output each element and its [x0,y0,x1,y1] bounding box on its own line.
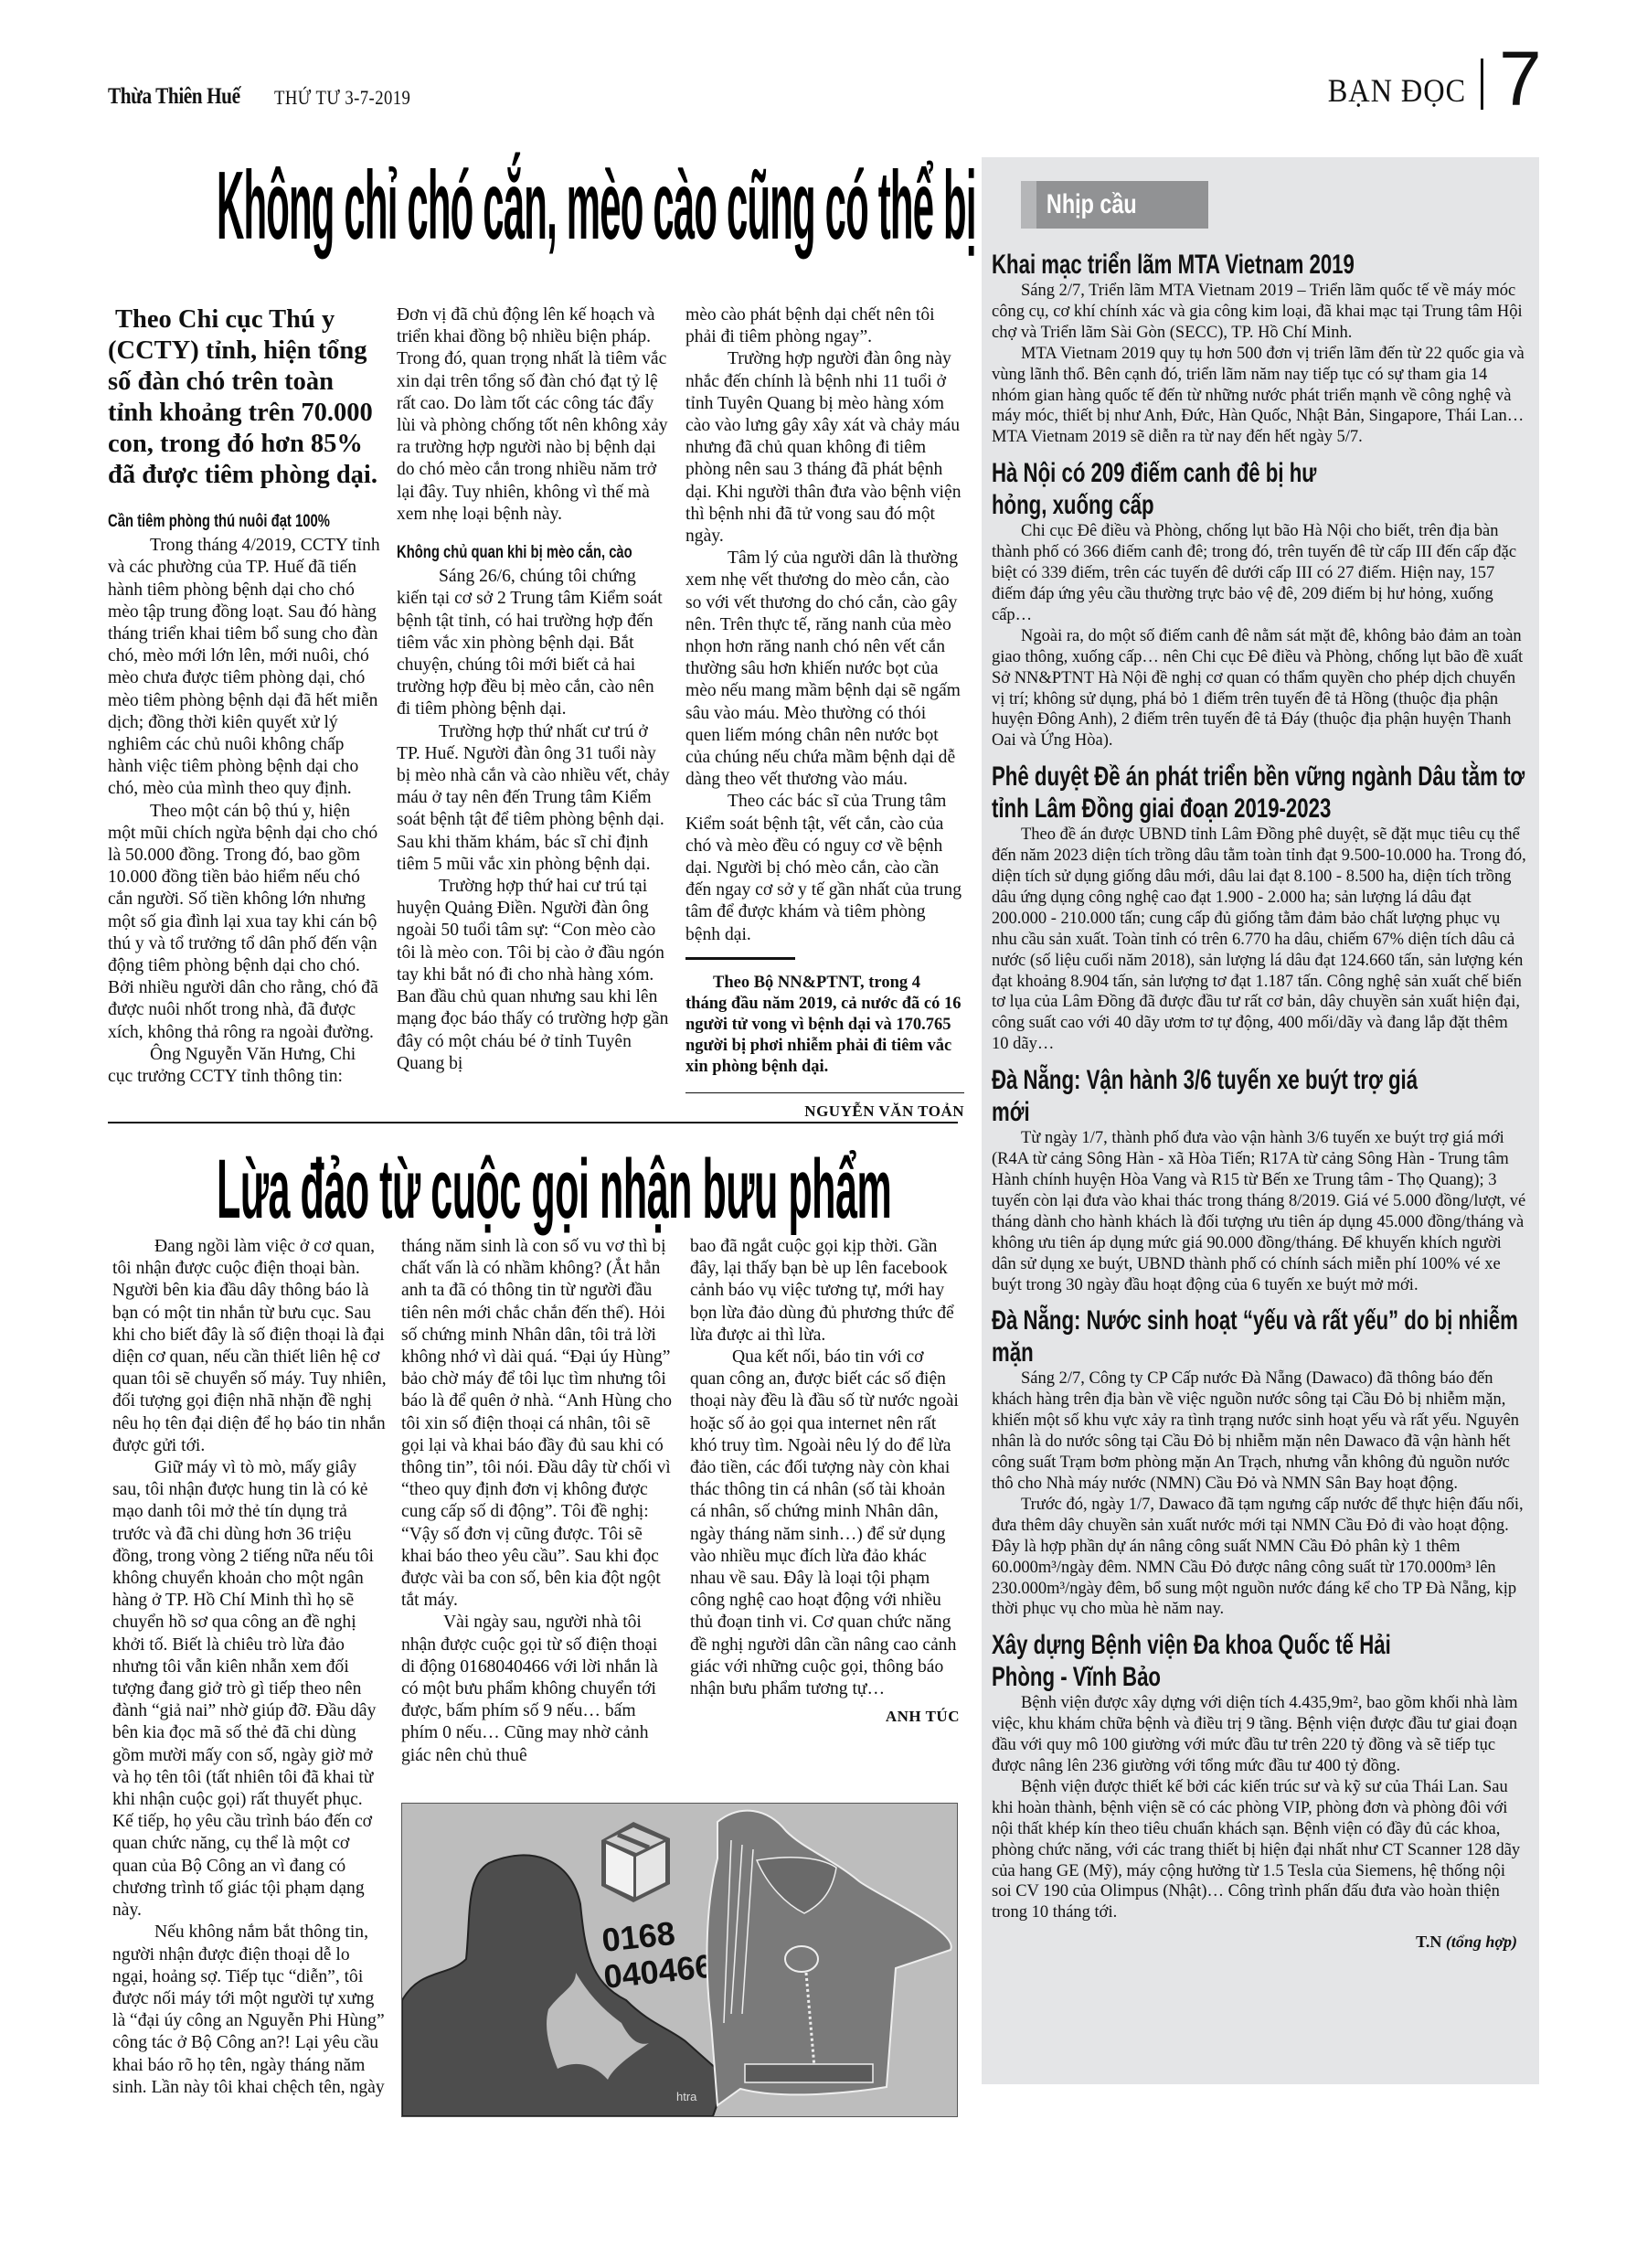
paragraph: Trước đó, ngày 1/7, Dawaco đã tạm ngưng … [992,1495,1526,1620]
article1-subhead-2: Không chủ quan khi bị mèo cắn, cào [397,542,611,564]
sidebar-article-headline: Hà Nội có 209 điếm canh đê bị hư hỏng, x… [992,457,1348,521]
sidebar-article: Khai mạc triển lãm MTA Vietnam 2019 Sáng… [992,249,1526,448]
paragraph: Ông Nguyễn Văn Hưng, Chi cục trưởng CCTY… [108,1044,382,1088]
paragraph: Giữ máy vì tò mò, mấy giây sau, tôi nhận… [112,1457,387,1922]
signature-note: (tổng hợp) [1446,1933,1517,1951]
paragraph: Qua kết nối, báo tin với cơ quan công an… [690,1347,960,1700]
paragraph: tháng năm sinh là con số vu vơ thì bị ch… [401,1236,675,1612]
article-separator [108,1122,958,1123]
paragraph: Từ ngày 1/7, thành phố đưa vào vận hành … [992,1128,1526,1295]
paragraph: mèo cào phát bệnh dại chết nên tôi phải … [685,304,964,348]
sidebar-article-headline: Đà Nẵng: Nước sinh hoạt “yếu và rất yếu”… [992,1304,1525,1368]
sidebar-title-tab: Nhịp cầu [1036,181,1208,229]
paragraph: MTA Vietnam 2019 quy tụ hơn 500 đơn vị t… [992,344,1526,449]
article1-subhead-1: Cần tiêm phòng thú nuôi đạt 100% [108,511,322,533]
sidebar-signature: T.N (tổng hợp) [992,1933,1526,1952]
sidebar-article-headline: Phê duyệt Đề án phát triển bền vững ngàn… [992,761,1525,825]
sidebar-article: Xây dựng Bệnh viện Đa khoa Quốc tế Hải P… [992,1629,1526,1923]
paragraph: Đơn vị đã chủ động lên kế hoạch và triển… [397,304,671,526]
article1-headline: Không chỉ chó cắn, mèo cào cũng có thể b… [217,157,1051,254]
article2-byline: ANH TÚC [690,1706,960,1728]
article1-byline: NGUYỄN VĂN TOẢN [685,1092,964,1123]
lead-text: Theo Chi cục Thú y (CCTY) tỉnh, hiện tổn… [108,304,382,491]
paragraph: bao đã ngắt cuộc gọi kịp thời. Gần đây, … [690,1236,960,1347]
scam-call-illustration: 0168 040466 htra [401,1803,958,2117]
issue-date: THỨ TƯ 3-7-2019 [274,86,410,110]
paragraph: Trường hợp người đàn ông này nhắc đến ch… [685,348,964,548]
sidebar-articles: Khai mạc triển lãm MTA Vietnam 2019 Sáng… [992,249,1526,1952]
paragraph: Sáng 2/7, Công ty CP Cấp nước Đà Nẵng (D… [992,1368,1526,1494]
paragraph: Sáng 26/6, chúng tôi chứng kiến tại cơ s… [397,566,671,720]
paragraph: Trường hợp thứ nhất cư trú ở TP. Huế. Ng… [397,721,671,876]
statistics-note: Theo Bộ NN&PTNT, trong 4 tháng đầu năm 2… [685,973,964,1078]
illustration-artwork: 0168 040466 htra [402,1804,957,2116]
paragraph: Trong tháng 4/2019, CCTY tỉnh và các phư… [108,535,382,800]
article1-column-3: mèo cào phát bệnh dại chết nên tôi phải … [685,304,964,1123]
paragraph: Theo đề án được UBND tỉnh Lâm Đồng phê d… [992,825,1526,1055]
paragraph: Vài ngày sau, người nhà tôi nhận được cu… [401,1612,675,1766]
sidebar-article: Phê duyệt Đề án phát triển bền vững ngàn… [992,761,1526,1055]
paragraph: Ngoài ra, do một số điếm canh đê nằm sát… [992,626,1526,751]
sidebar-article: Hà Nội có 209 điếm canh đê bị hư hỏng, x… [992,457,1526,751]
artist-signature: htra [676,2090,697,2103]
note-text: Theo Bộ NN&PTNT, trong 4 tháng đầu năm 2… [685,973,964,1078]
paragraph: Trường hợp thứ hai cư trú tại huyện Quản… [397,876,671,1075]
sidebar-article: Đà Nẵng: Vận hành 3/6 tuyến xe buýt trợ … [992,1064,1526,1295]
article1-column-2: Đơn vị đã chủ động lên kế hoạch và triển… [397,304,671,1075]
paragraph: Theo các bác sĩ của Trung tâm Kiểm soát … [685,791,964,945]
sidebar-title: Nhịp cầu [1036,181,1137,229]
paragraph: Tâm lý của người dân là thường xem nhẹ v… [685,548,964,791]
paragraph: Chi cục Đê điều và Phòng, chống lụt bão … [992,521,1526,626]
paragraph: Đang ngồi làm việc ở cơ quan, tôi nhận đ… [112,1236,387,1457]
page-number: 7 [1499,40,1542,117]
article2-column-2: tháng năm sinh là con số vu vơ thì bị ch… [401,1236,675,1767]
sidebar-article-headline: Xây dựng Bệnh viện Đa khoa Quốc tế Hải P… [992,1629,1427,1693]
article2-headline: Lừa đảo từ cuộc gọi nhận bưu phẩm [217,1147,891,1231]
sidebar-article-headline: Đà Nẵng: Vận hành 3/6 tuyến xe buýt trợ … [992,1064,1427,1128]
article2-column-1: Đang ngồi làm việc ở cơ quan, tôi nhận đ… [112,1236,387,2099]
header-divider [1481,59,1483,110]
paragraph: Nếu không nắm bắt thông tin, người nhận … [112,1922,387,2099]
paragraph: Sáng 2/7, Triển lãm MTA Vietnam 2019 – T… [992,281,1526,344]
masthead: Thừa Thiên Huế [108,84,240,110]
sidebar-article: Đà Nẵng: Nước sinh hoạt “yếu và rất yếu”… [992,1304,1526,1620]
article1-lead: Theo Chi cục Thú y (CCTY) tỉnh, hiện tổn… [108,304,382,491]
paragraph: Bệnh viện được xây dựng với diện tích 4.… [992,1693,1526,1777]
paragraph: Bệnh viện được thiết kế bởi các kiến trú… [992,1777,1526,1923]
sidebar-article-headline: Khai mạc triển lãm MTA Vietnam 2019 [992,249,1525,281]
signature-name: T.N [1416,1933,1441,1951]
box-divider [685,957,795,960]
article1-column-1: Theo Chi cục Thú y (CCTY) tỉnh, hiện tổn… [108,304,382,1088]
section-title: BẠN ĐỌC [1328,71,1466,110]
paragraph: Theo một cán bộ thú y, hiện một mũi chíc… [108,801,382,1044]
article2-column-3: bao đã ngắt cuộc gọi kịp thời. Gần đây, … [690,1236,960,1728]
